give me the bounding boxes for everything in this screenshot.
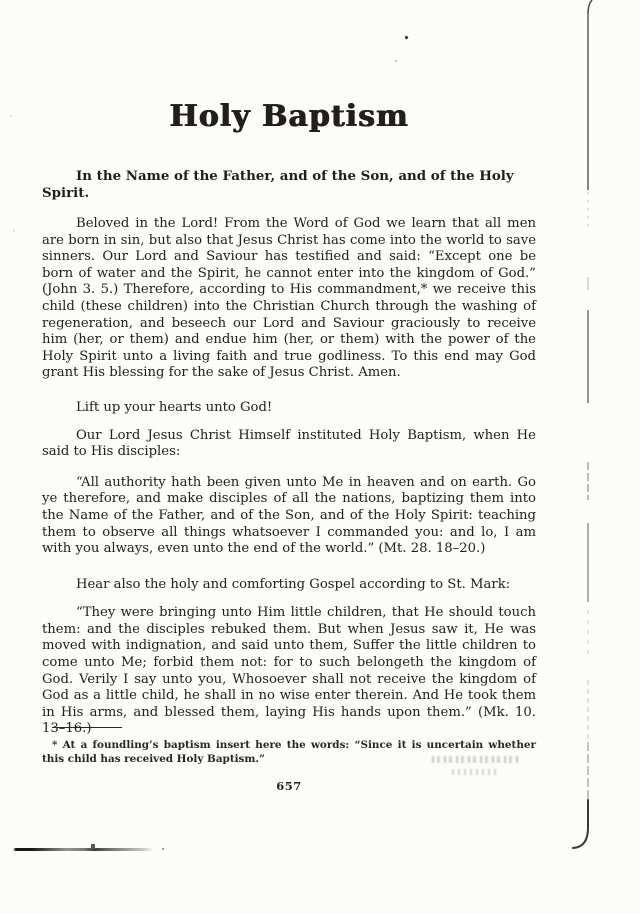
footnote-separator [52,727,122,728]
paragraph-versicle: Lift up your hearts unto God! [42,400,536,417]
ink-speck [162,848,164,850]
paragraph-institution-intro: Our Lord Jesus Christ Himself instituted… [42,428,536,461]
book-page: Holy Baptism In the Name of the Father, … [0,0,640,914]
paragraph-mark-quote: “They were bringing unto Him little chil… [42,605,536,738]
page-edge-curl-line [570,0,600,860]
ink-speck [395,60,397,62]
scan-line-artifact [13,848,153,851]
page-title: Holy Baptism [42,100,536,134]
ink-speck [10,115,12,117]
page-number: 657 [42,779,536,793]
text-column: Holy Baptism In the Name of the Father, … [42,0,536,738]
invocation-line: In the Name of the Father, and of the So… [42,168,536,202]
show-through-smudge [432,756,520,763]
paragraph-matthew-quote: “All authority hath been given unto Me i… [42,475,536,558]
ink-speck [13,230,15,232]
show-through-smudge [452,769,498,775]
paragraph-exhortation: Beloved in the Lord! From the Word of Go… [42,216,536,382]
paragraph-mark-intro: Hear also the holy and comforting Gospel… [42,577,536,594]
scan-line-artifact [91,844,95,849]
